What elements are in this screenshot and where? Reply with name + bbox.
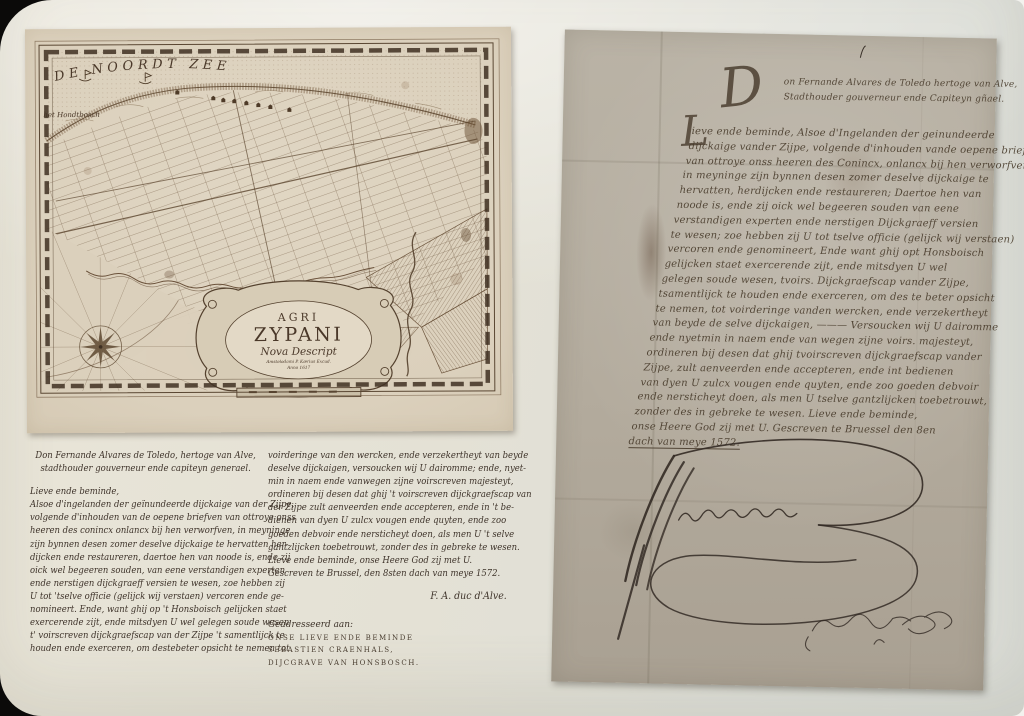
- text-line: Lieve ende beminde,: [30, 486, 263, 499]
- text-line: volgende d'inhouden van de oepene briefv…: [30, 512, 263, 525]
- addressed-block: Geadresseerd aan: ONSE LIEVE ENDE BEMIND…: [268, 618, 512, 670]
- photo-of-album-page: DE NOORDT ZEE het Hondtbosch: [0, 0, 1024, 716]
- secretary-signature: [805, 609, 952, 654]
- manuscript-letter-sheet: D on Fernande Alvares de Toledo hertoge …: [551, 30, 997, 691]
- text-line: deselve dijckaigen, versoucken wij U dai…: [268, 463, 512, 476]
- text-line: houden ende exerceren, om destebeter ops…: [30, 643, 263, 656]
- title-cartouche: AGRI ZYPANI Nova Descript Amstelodami P.…: [196, 280, 402, 397]
- text-line: dienen van dyen U zulcx vougen ende quyt…: [268, 515, 512, 528]
- transcription-column-2: voirderinge van den wercken, ende verzek…: [268, 444, 512, 669]
- coast-label: het Hondtbosch: [43, 111, 100, 119]
- text-line: zijn bynnen desen zomer deselve dijckaig…: [30, 539, 263, 552]
- transcription-heading: Don Fernande Alvares de Toledo, hertoge …: [30, 444, 261, 476]
- text-line: Gescreven te Brussel, den 8sten dach van…: [268, 568, 512, 581]
- zypani-map-sheet: DE NOORDT ZEE het Hondtbosch: [25, 27, 513, 434]
- text-line: goeden debvoir ende nersticheyt doen, al…: [268, 529, 512, 542]
- text-line: SEBASTIEN CRAENHALS,: [268, 644, 512, 657]
- text-line: nomineert. Ende, want ghij op 't Honsboi…: [30, 604, 263, 617]
- zypani-map-engraving: DE NOORDT ZEE het Hondtbosch: [25, 27, 513, 434]
- addressed-label: Geadresseerd aan:: [268, 618, 512, 632]
- text-line: t' voirscreven dijckgraefscap van der Zi…: [30, 630, 263, 643]
- text-line: DIJCGRAVE VAN HONSBOSCH.: [268, 657, 512, 670]
- addressed-lines: ONSE LIEVE ENDE BEMINDESEBASTIEN CRAENHA…: [268, 632, 512, 670]
- text-line: Alsoe d'ingelanden der geïnundeerde dijc…: [30, 499, 263, 512]
- text-line: ordineren bij desen dat ghij 't voirscre…: [268, 489, 512, 502]
- transcription-column-1-body: Lieve ende beminde,Alsoe d'ingelanden de…: [30, 476, 263, 656]
- cartouche-year: Anno 1617: [286, 365, 310, 370]
- text-line: min in naem ende vanwegen zijne voirscre…: [268, 476, 512, 489]
- paper-stain: [598, 500, 669, 561]
- text-line: heeren des conincx onlancx bij hen verwo…: [30, 525, 263, 538]
- cartouche-title-line2: ZYPANI: [254, 324, 344, 346]
- text-line: Stadthouder gouverneur ende Capiteyn gña…: [784, 90, 1018, 107]
- stray-pen-mark: [856, 44, 870, 62]
- text-line: ende nerstigen dijckgraeff versien te we…: [30, 578, 263, 591]
- text-line: exercerende zijt, ende mitsdyen U wel ge…: [30, 617, 263, 630]
- text-line: voirderinge van den wercken, ende verzek…: [268, 450, 512, 463]
- manuscript-initial-D: D: [717, 53, 766, 120]
- cartouche-title-line1: AGRI: [277, 311, 319, 324]
- cartouche-title-line3: Nova Descript: [259, 346, 337, 358]
- manuscript-heading: on Fernande Alvares de Toledo hertoge va…: [784, 75, 1018, 107]
- printed-signature: F. A. duc d'Alve.: [268, 591, 512, 602]
- text-line: dijcken ende restaureren, daertoe hen va…: [30, 552, 263, 565]
- text-line: Don Fernande Alvares de Toledo, hertoge …: [30, 450, 261, 463]
- compass-rose-icon: [80, 326, 122, 368]
- text-line: oick wel begeeren souden, van eene verst…: [30, 565, 263, 578]
- text-line: gantzlijcken toebetrouwt, zonder des in …: [268, 542, 512, 555]
- text-line: Lieve ende beminde, onse Heere God zij m…: [268, 555, 512, 568]
- manuscript-body: ieve ende beminde, Alsoe d'Ingelanden de…: [621, 124, 986, 455]
- transcription-column-2-body: voirderinge van den wercken, ende verzek…: [268, 444, 512, 581]
- transcription-column-1: Don Fernande Alvares de Toledo, hertoge …: [30, 444, 263, 656]
- text-line: U tot 'tselve officie (gelijck wij verst…: [30, 591, 263, 604]
- text-line: stadthouder gouverneur ende capiteyn gen…: [30, 463, 261, 476]
- cartouche-imprint: Amstelodami P. Kærius Excud.: [265, 359, 331, 364]
- text-line: ONSE LIEVE ENDE BEMINDE: [268, 632, 512, 645]
- text-line: der Zijpe zult aenveerden ende acceptere…: [268, 502, 512, 515]
